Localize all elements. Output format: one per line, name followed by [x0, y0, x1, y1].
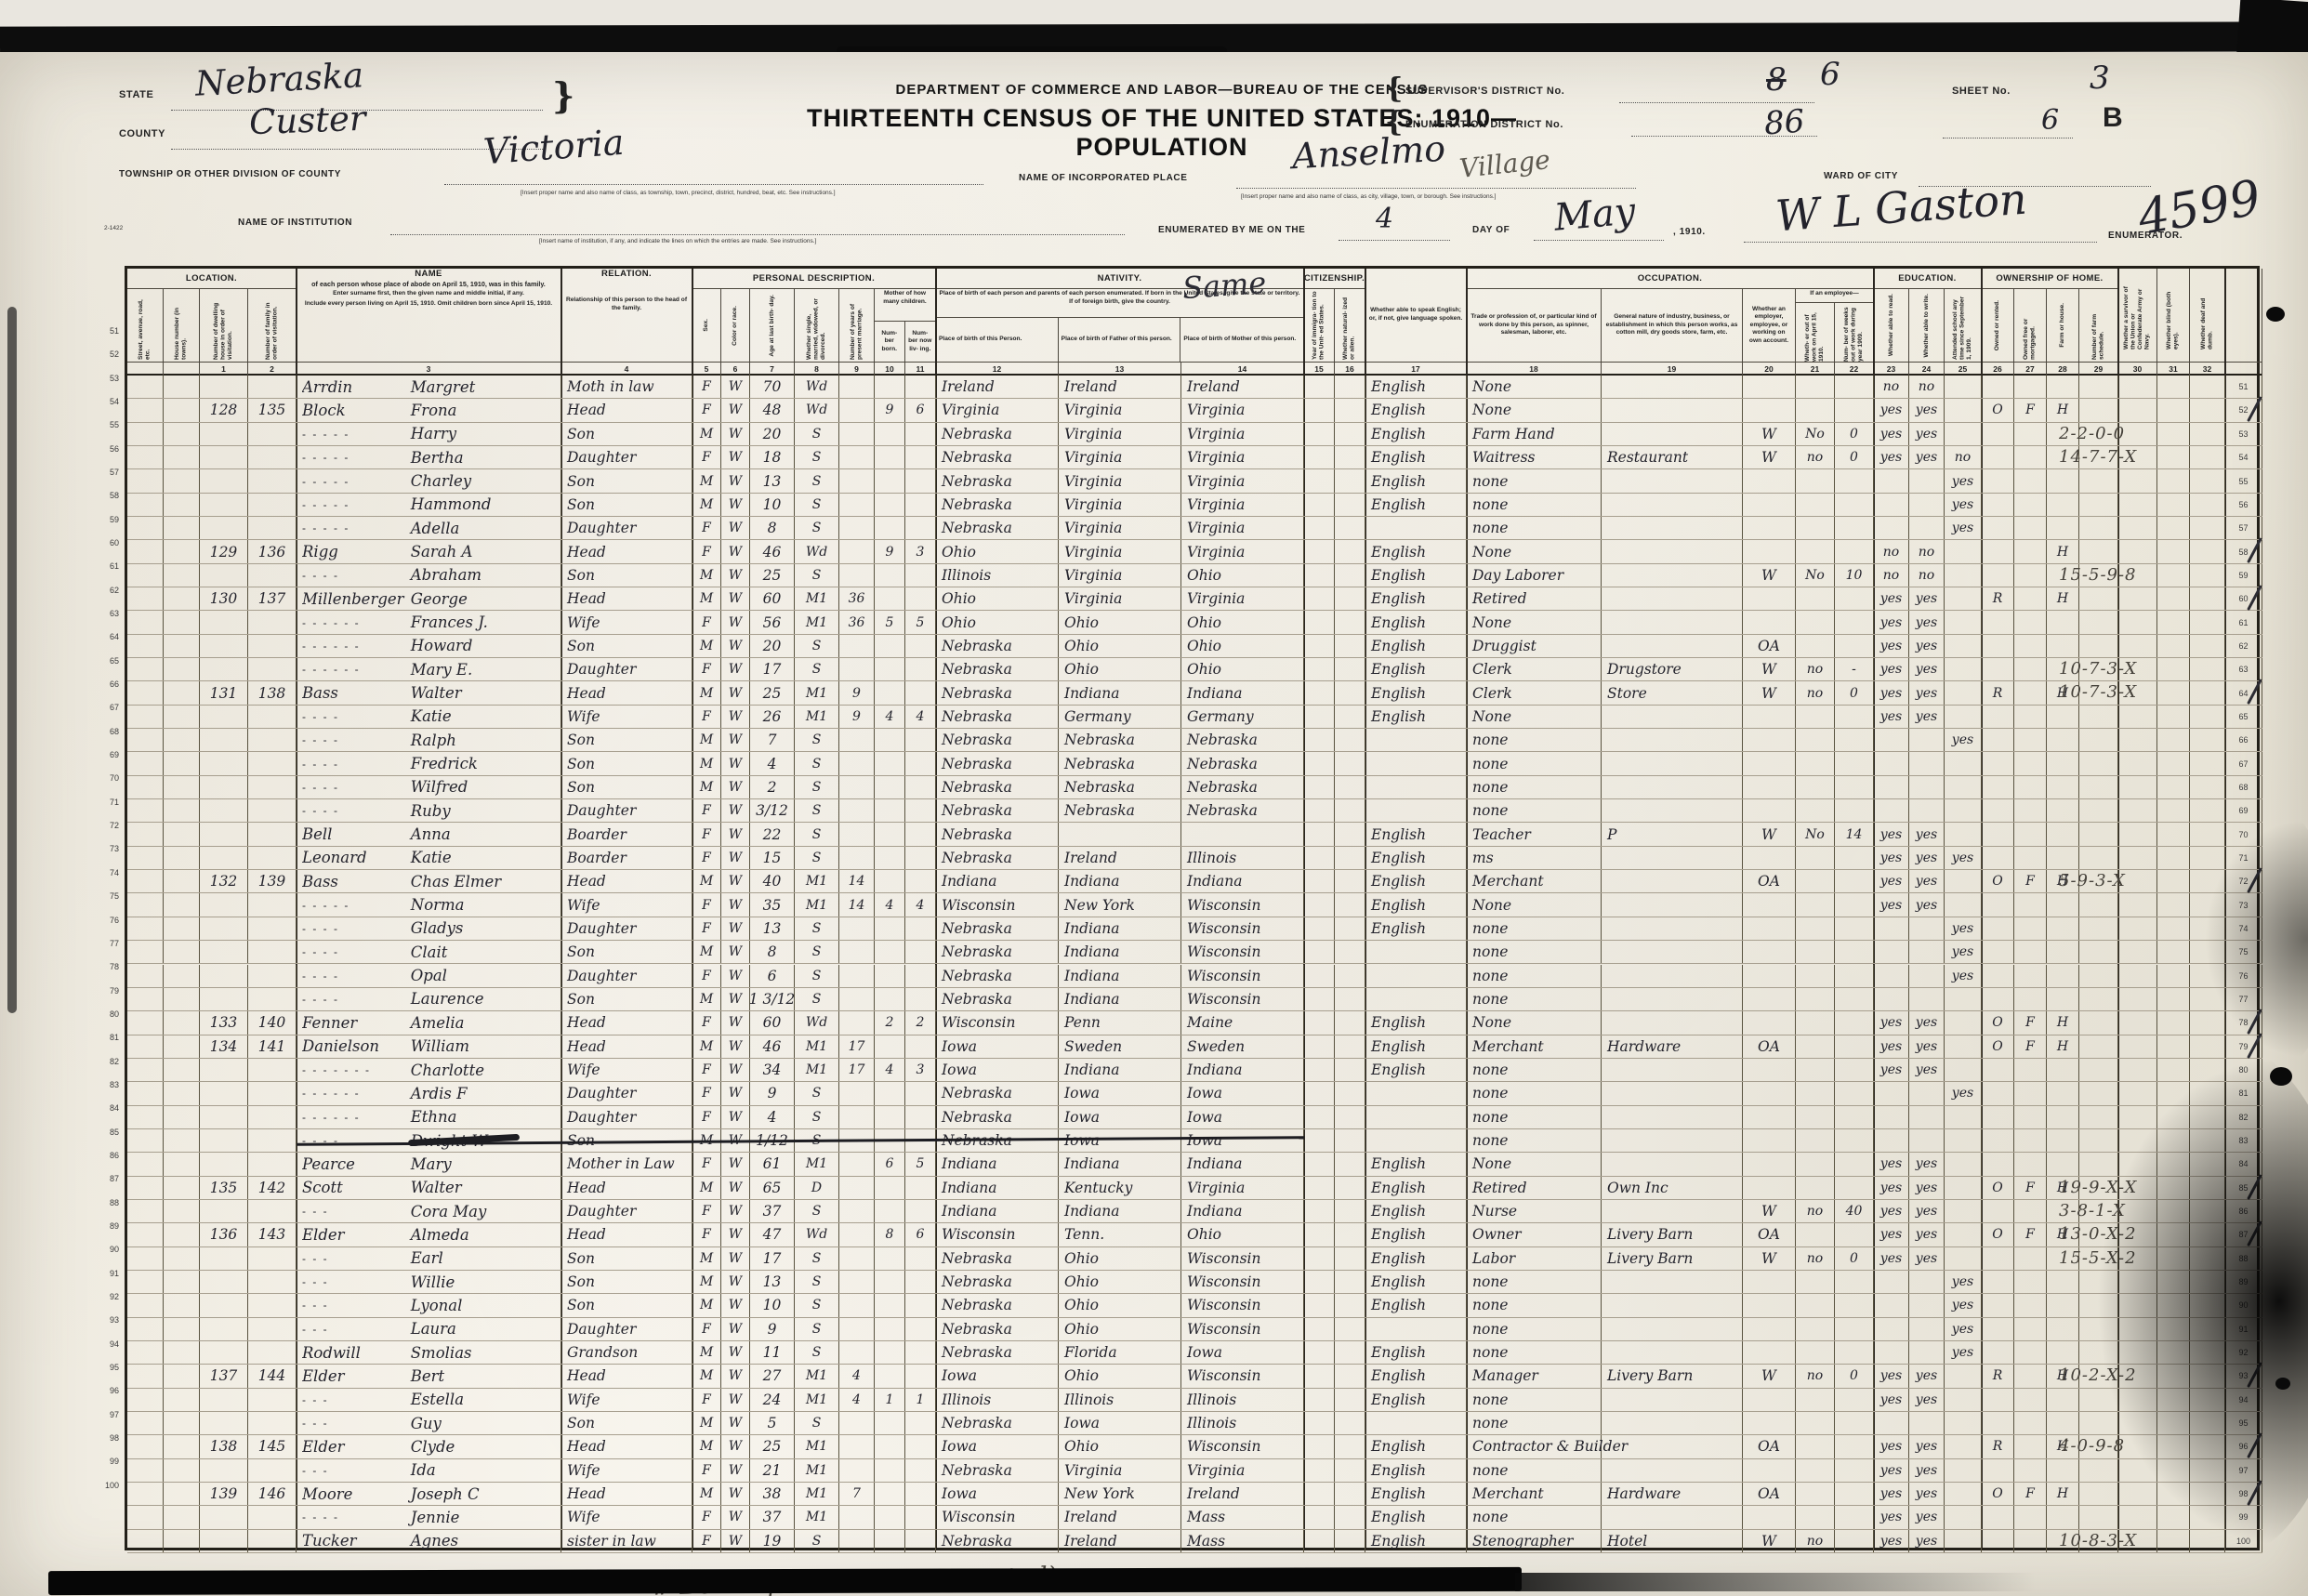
header-group-label-education: EDUCATION. — [1898, 273, 1956, 284]
cell-mbp: Wisconsin — [1181, 1365, 1304, 1387]
cell-cl — [905, 965, 936, 987]
row-number-left: 78 — [95, 962, 119, 971]
enumerated-day: 4 — [1376, 203, 1393, 235]
cell-street — [127, 423, 164, 445]
cell-fam — [248, 1530, 297, 1552]
cell-fbp: Nebraska — [1059, 799, 1181, 822]
cell-col: W — [721, 1341, 750, 1364]
cell-emp: W — [1743, 823, 1796, 845]
cell-fam — [248, 1271, 297, 1293]
header-group-label-ownership: OWNERSHIP OF HOME. — [1996, 273, 2103, 284]
cell-f_m — [2014, 1271, 2047, 1293]
header-num-ow: 21 — [1796, 362, 1835, 376]
cell-o_r — [1982, 752, 2014, 774]
cell-cb — [875, 517, 905, 539]
header-num-label-mar: 8 — [814, 364, 819, 374]
header-col-label-nat: Whether natural- ized or alien. — [1342, 291, 1356, 360]
cell-ind — [1602, 611, 1743, 633]
row-number-left: 58 — [95, 491, 119, 500]
cell-surv — [2118, 965, 2157, 987]
cell-mbp: Iowa — [1181, 1341, 1304, 1364]
cell-ow — [1796, 1318, 1835, 1340]
cell-rel: Daughter — [561, 1106, 692, 1128]
cell-ow: No — [1796, 423, 1835, 445]
cell-im — [1304, 1200, 1335, 1222]
cell-age: 24 — [750, 1389, 795, 1411]
cell-f_m — [2014, 752, 2047, 774]
cell-wk — [1835, 1412, 1874, 1434]
cell-fam: 138 — [248, 681, 297, 704]
cell-ow: no — [1796, 1530, 1835, 1552]
cell-mbp: Virginia — [1181, 1459, 1304, 1482]
cell-wk — [1835, 1271, 1874, 1293]
cell-sch — [1945, 1223, 1982, 1246]
table-row: PearceMaryMother in LawFW61M165IndianaIn… — [127, 1153, 2262, 1176]
cell-ow — [1796, 540, 1835, 562]
cell-im — [1304, 1011, 1335, 1034]
cell-o_r — [1982, 517, 2014, 539]
cell-house — [164, 517, 200, 539]
cell-wr: no — [1909, 540, 1945, 562]
row-number-left: 84 — [95, 1103, 119, 1113]
cell-im — [1304, 1129, 1335, 1152]
cell-rel: Son — [561, 988, 692, 1010]
cell-rel: Head — [561, 1223, 692, 1246]
cell-name: - - -Willie — [297, 1271, 561, 1293]
cell-sex: M — [692, 1247, 721, 1270]
cell-ow — [1796, 1483, 1835, 1505]
cell-nat — [1335, 587, 1365, 610]
cell-ind — [1602, 1435, 1743, 1458]
cell-dw — [200, 1059, 248, 1081]
cell-fbp: Virginia — [1059, 446, 1181, 468]
cell-fam — [248, 1153, 297, 1175]
table-row: - - - - - - -CharlotteWifeFW34M11743Iowa… — [127, 1059, 2262, 1082]
cell-col: W — [721, 376, 750, 398]
cell-lang: English — [1365, 1271, 1467, 1293]
cell-lang: English — [1365, 611, 1467, 633]
cell-fbp: Indiana — [1059, 988, 1181, 1010]
cell-rel: Daughter — [561, 917, 692, 940]
cell-given-name: Howard — [411, 637, 473, 654]
header-num-label-emp: 20 — [1764, 364, 1773, 374]
cell-wr: yes — [1909, 1247, 1945, 1270]
cell-surv — [2118, 847, 2157, 869]
cell-rd: yes — [1874, 423, 1909, 445]
cell-mar: S — [795, 564, 839, 587]
cell-im — [1304, 1294, 1335, 1316]
table-row: 135142ScottWalterHeadMW65DIndianaKentuck… — [127, 1177, 2262, 1200]
header-if-employee-label: If an employee— — [1807, 289, 1861, 302]
cell-col: W — [721, 1435, 750, 1458]
scan-left-streak — [7, 307, 17, 1013]
header-num-house — [164, 362, 200, 376]
cell-f_m — [2014, 1153, 2047, 1175]
cell-df — [2190, 399, 2225, 421]
cell-fs — [2079, 799, 2118, 822]
header-num-label-f_h: 28 — [2058, 364, 2066, 374]
cell-age: 60 — [750, 587, 795, 610]
cell-cl — [905, 564, 936, 587]
header-num-label-sch: 25 — [1959, 364, 1967, 374]
cell-wk — [1835, 941, 1874, 963]
cell-house — [164, 1223, 200, 1246]
cell-name: MooreJoseph C — [297, 1483, 561, 1505]
cell-rel: Boarder — [561, 823, 692, 845]
cell-rel: Daughter — [561, 517, 692, 539]
cell-bl — [2157, 1011, 2190, 1034]
cell-bl — [2157, 917, 2190, 940]
enumerated-month: May — [1552, 190, 1637, 239]
table-row: - - -GuySonMW5SNebraskaIowaIllinoisnone9… — [127, 1412, 2262, 1435]
cell-cl — [905, 635, 936, 657]
cell-dw — [200, 1294, 248, 1316]
header-rel-desc: Relationship of this person to the head … — [561, 296, 692, 313]
cell-yrs: 9 — [839, 681, 875, 704]
cell-bp: Virginia — [936, 399, 1059, 421]
cell-house — [164, 1106, 200, 1128]
cell-dw — [200, 494, 248, 516]
cell-ind: Store — [1602, 681, 1743, 704]
cell-age: 7 — [750, 729, 795, 751]
brace-state: } — [552, 74, 574, 116]
cell-surname: - - - - - — [302, 498, 411, 511]
cell-mbp: Nebraska — [1181, 752, 1304, 774]
cell-fbp: Virginia — [1059, 564, 1181, 587]
cell-street — [127, 681, 164, 704]
cell-wr: yes — [1909, 1177, 1945, 1199]
cell-dw — [200, 729, 248, 751]
cell-sex: M — [692, 1483, 721, 1505]
cell-ind — [1602, 517, 1743, 539]
cell-bp: Nebraska — [936, 706, 1059, 728]
cell-name: - - - -Abraham — [297, 564, 561, 587]
cell-name: - - - -Jennie — [297, 1506, 561, 1528]
cell-wr — [1909, 1106, 1945, 1128]
cell-cb — [875, 494, 905, 516]
cell-rd: yes — [1874, 1223, 1909, 1246]
cell-wk — [1835, 988, 1874, 1010]
cell-o_r — [1982, 423, 2014, 445]
cell-age: 1 3/12 — [750, 988, 795, 1010]
cell-im — [1304, 965, 1335, 987]
cell-mar: M1 — [795, 1389, 839, 1411]
cell-yrs — [839, 917, 875, 940]
cell-ow — [1796, 847, 1835, 869]
cell-surname: - - - — [302, 1323, 411, 1336]
cell-cl — [905, 1483, 936, 1505]
cell-age: 70 — [750, 376, 795, 398]
row-number-left: 64 — [95, 632, 119, 641]
sheet-mark: 6 — [2041, 104, 2059, 137]
cell-wr — [1909, 799, 1945, 822]
cell-emp — [1743, 1389, 1796, 1411]
cell-nat — [1335, 1365, 1365, 1387]
table-row: 136143ElderAlmedaHeadFW47Wd86WisconsinTe… — [127, 1223, 2262, 1246]
cell-street — [127, 1247, 164, 1270]
table-row: - - - -Dwight WSonMW1/12SNebraskaIowaIow… — [127, 1129, 2262, 1153]
cell-wr: yes — [1909, 1435, 1945, 1458]
cell-im — [1304, 1177, 1335, 1199]
cell-house — [164, 729, 200, 751]
cell-o_r — [1982, 611, 2014, 633]
header-col-label-surv: Whether a survivor of the Union or Confe… — [2123, 281, 2151, 350]
cell-fs — [2079, 917, 2118, 940]
cell-cl — [905, 870, 936, 892]
cell-cl — [905, 847, 936, 869]
cell-wk — [1835, 917, 1874, 940]
supervisor-label: SUPERVISOR'S DISTRICT No. — [1405, 86, 1564, 97]
cell-street — [127, 1459, 164, 1482]
cell-df — [2190, 587, 2225, 610]
cell-fbp: Iowa — [1059, 1129, 1181, 1152]
header-num-mbp: 14 — [1181, 362, 1304, 376]
cell-rd — [1874, 469, 1909, 492]
cell-cb — [875, 965, 905, 987]
cell-sch — [1945, 423, 1982, 445]
cell-bl — [2157, 799, 2190, 822]
cell-lang: English — [1365, 706, 1467, 728]
cell-dw: 130 — [200, 587, 248, 610]
cell-rel: Wife — [561, 1059, 692, 1081]
cell-wr: yes — [1909, 823, 1945, 845]
cell-fam — [248, 965, 297, 987]
cell-nat — [1335, 423, 1365, 445]
header-num-label-nat: 16 — [1345, 364, 1353, 374]
table-row: 130137MillenbergerGeorgeHeadMW60M136Ohio… — [127, 587, 2262, 611]
cell-rnR: 51 — [2225, 376, 2262, 398]
cell-surname: - - - - - - — [302, 1087, 411, 1100]
cell-f_m — [2014, 1059, 2047, 1081]
header-ow-label: Wheth- er out of work on April 15, 1910. — [1796, 303, 1835, 362]
table-row: - - - - -NormaWifeFW35M11444WisconsinNew… — [127, 893, 2262, 917]
cell-ow — [1796, 376, 1835, 398]
cell-fbp — [1059, 823, 1181, 845]
cell-occ: none — [1467, 1318, 1602, 1340]
cell-yrs — [839, 1082, 875, 1104]
cell-df — [2190, 611, 2225, 633]
cell-cl — [905, 988, 936, 1010]
cell-f_m — [2014, 1129, 2047, 1152]
cell-nat — [1335, 1082, 1365, 1104]
table-row: 133140FennerAmeliaHeadFW60Wd22WisconsinP… — [127, 1011, 2262, 1035]
header-num-label-sex: 5 — [705, 364, 709, 374]
cell-f_h — [2047, 611, 2079, 633]
cell-yrs — [839, 799, 875, 822]
cell-f_h — [2047, 965, 2079, 987]
cell-f_h — [2047, 729, 2079, 751]
cell-lang — [1365, 1106, 1467, 1128]
cell-rel: Boarder — [561, 847, 692, 869]
table-row: - - - - - -Frances J.WifeFW56M13655OhioO… — [127, 611, 2262, 634]
cell-f_m — [2014, 446, 2047, 468]
cell-fs — [2079, 494, 2118, 516]
cell-fam — [248, 494, 297, 516]
cell-im — [1304, 1271, 1335, 1293]
row-number-right: 51 — [2238, 382, 2248, 391]
cell-im — [1304, 540, 1335, 562]
cell-surname: - - - - - - — [302, 640, 411, 653]
cell-occ: none — [1467, 1459, 1602, 1482]
cell-fbp: Ohio — [1059, 611, 1181, 633]
cell-o_r: R — [1982, 587, 2014, 610]
cell-name: - - - -Katie — [297, 706, 561, 728]
cell-mbp: Wisconsin — [1181, 1294, 1304, 1316]
cell-col: W — [721, 540, 750, 562]
cell-lang: English — [1365, 681, 1467, 704]
cell-cl: 3 — [905, 540, 936, 562]
cell-yrs — [839, 423, 875, 445]
cell-age: 9 — [750, 1082, 795, 1104]
cell-mbp: Wisconsin — [1181, 1318, 1304, 1340]
header-fbp-label: Place of birth of Father of this person. — [1059, 318, 1181, 362]
cell-sch — [1945, 1177, 1982, 1199]
cell-lang — [1365, 517, 1467, 539]
header-col-label-age: Age at last birth- day. — [769, 295, 776, 357]
header-col-col: Color or race. — [721, 289, 750, 362]
cell-ind — [1602, 917, 1743, 940]
cell-mar: S — [795, 1247, 839, 1270]
row-number-left: 91 — [95, 1269, 119, 1278]
table-row: - - - - - -EthnaDaughterFW4SNebraskaIowa… — [127, 1106, 2262, 1129]
table-row: - - - -RubyDaughterFW3/12SNebraskaNebras… — [127, 799, 2262, 823]
header-name-desc1: of each person whose place of abode on A… — [309, 279, 548, 289]
cell-sch — [1945, 1530, 1982, 1552]
cell-rd — [1874, 1271, 1909, 1293]
cell-nat — [1335, 706, 1365, 728]
row-number-left: 75 — [95, 891, 119, 901]
cell-occ: Stenographer — [1467, 1530, 1602, 1552]
cell-rd — [1874, 941, 1909, 963]
cell-sex: M — [692, 681, 721, 704]
cell-given-name: Ida — [411, 1461, 436, 1479]
cell-fbp: Ohio — [1059, 1294, 1181, 1316]
sheet-letter: B — [2103, 102, 2123, 134]
cell-name: ElderAlmeda — [297, 1223, 561, 1246]
cell-mbp: Wisconsin — [1181, 941, 1304, 963]
cell-emp — [1743, 1459, 1796, 1482]
header-col-label-sch: Attended school any time since September… — [1952, 291, 1973, 360]
cell-fbp: Virginia — [1059, 540, 1181, 562]
cell-wr: yes — [1909, 658, 1945, 680]
cell-wk — [1835, 540, 1874, 562]
cell-bp: Ohio — [936, 540, 1059, 562]
cell-surv — [2118, 776, 2157, 798]
cell-wr: no — [1909, 564, 1945, 587]
cell-rd — [1874, 494, 1909, 516]
cell-ind: Hotel — [1602, 1530, 1743, 1552]
cell-rd: yes — [1874, 1177, 1909, 1199]
cell-given-name: Smolias — [411, 1344, 472, 1362]
cell-surv — [2118, 635, 2157, 657]
cell-street — [127, 847, 164, 869]
cell-o_r — [1982, 799, 2014, 822]
cell-cb — [875, 729, 905, 751]
cell-f_h — [2047, 1129, 2079, 1152]
cell-o_r — [1982, 376, 2014, 398]
cell-surname: - - - - - - — [302, 1111, 411, 1124]
cell-occ: None — [1467, 611, 1602, 633]
cell-lang: English — [1365, 1153, 1467, 1175]
cell-wk: 40 — [1835, 1200, 1874, 1222]
cell-col: W — [721, 564, 750, 587]
cell-given-name: Chas Elmer — [411, 873, 501, 890]
cell-rd: yes — [1874, 658, 1909, 680]
cell-mbp: Virginia — [1181, 469, 1304, 492]
cell-cb: 2 — [875, 1011, 905, 1034]
cell-age: 65 — [750, 1177, 795, 1199]
cell-f_h: H — [2047, 1035, 2079, 1058]
cell-rd: no — [1874, 540, 1909, 562]
cell-f_m — [2014, 729, 2047, 751]
cell-ow — [1796, 635, 1835, 657]
cell-mbp: Virginia — [1181, 540, 1304, 562]
cell-nat — [1335, 917, 1365, 940]
cell-mbp: Wisconsin — [1181, 1271, 1304, 1293]
cell-given-name: Katie — [411, 707, 452, 725]
cell-yrs — [839, 564, 875, 587]
cell-fam — [248, 1412, 297, 1434]
cell-age: 4 — [750, 1106, 795, 1128]
header-num-label-lang: 17 — [1411, 364, 1419, 374]
cell-sex: F — [692, 1223, 721, 1246]
cell-name: - - - - -Charley — [297, 469, 561, 492]
cell-nat — [1335, 517, 1365, 539]
cell-rnR: 66 — [2225, 729, 2262, 751]
cell-rel: Head — [561, 587, 692, 610]
cell-yrs — [839, 1223, 875, 1246]
cell-sex: F — [692, 1389, 721, 1411]
cell-ow: no — [1796, 446, 1835, 468]
cell-cb — [875, 1435, 905, 1458]
cell-ow — [1796, 1035, 1835, 1058]
cell-im — [1304, 1483, 1335, 1505]
cell-ind — [1602, 494, 1743, 516]
cell-cb — [875, 1247, 905, 1270]
cell-rel: Head — [561, 540, 692, 562]
cell-sex: F — [692, 917, 721, 940]
cell-cb — [875, 658, 905, 680]
cell-name: - - -Estella — [297, 1389, 561, 1411]
cell-rnR: 59 — [2225, 564, 2262, 587]
cell-age: 26 — [750, 706, 795, 728]
cell-ow — [1796, 1059, 1835, 1081]
header-num-df: 32 — [2190, 362, 2225, 376]
row-number-right: 52 — [2238, 405, 2248, 415]
cell-cl — [905, 1177, 936, 1199]
cell-ind — [1602, 587, 1743, 610]
cell-dw — [200, 1341, 248, 1364]
cell-rel: Wife — [561, 893, 692, 916]
cell-dw — [200, 635, 248, 657]
cell-o_r: O — [1982, 1483, 2014, 1505]
cell-ind — [1602, 1271, 1743, 1293]
cell-surv — [2118, 706, 2157, 728]
cell-sex: F — [692, 658, 721, 680]
cell-bl — [2157, 729, 2190, 751]
cell-fam — [248, 847, 297, 869]
cell-o_r: R — [1982, 1365, 2014, 1387]
cell-f_m — [2014, 635, 2047, 657]
cell-bl — [2157, 376, 2190, 398]
row-number-left: 52 — [95, 350, 119, 359]
cell-o_r — [1982, 1129, 2014, 1152]
table-row: - - -LauraDaughterFW9SNebraskaOhioWiscon… — [127, 1318, 2262, 1341]
cell-emp — [1743, 1294, 1796, 1316]
cell-house — [164, 1459, 200, 1482]
row-number-left: 93 — [95, 1315, 119, 1325]
cell-lang: English — [1365, 1011, 1467, 1034]
